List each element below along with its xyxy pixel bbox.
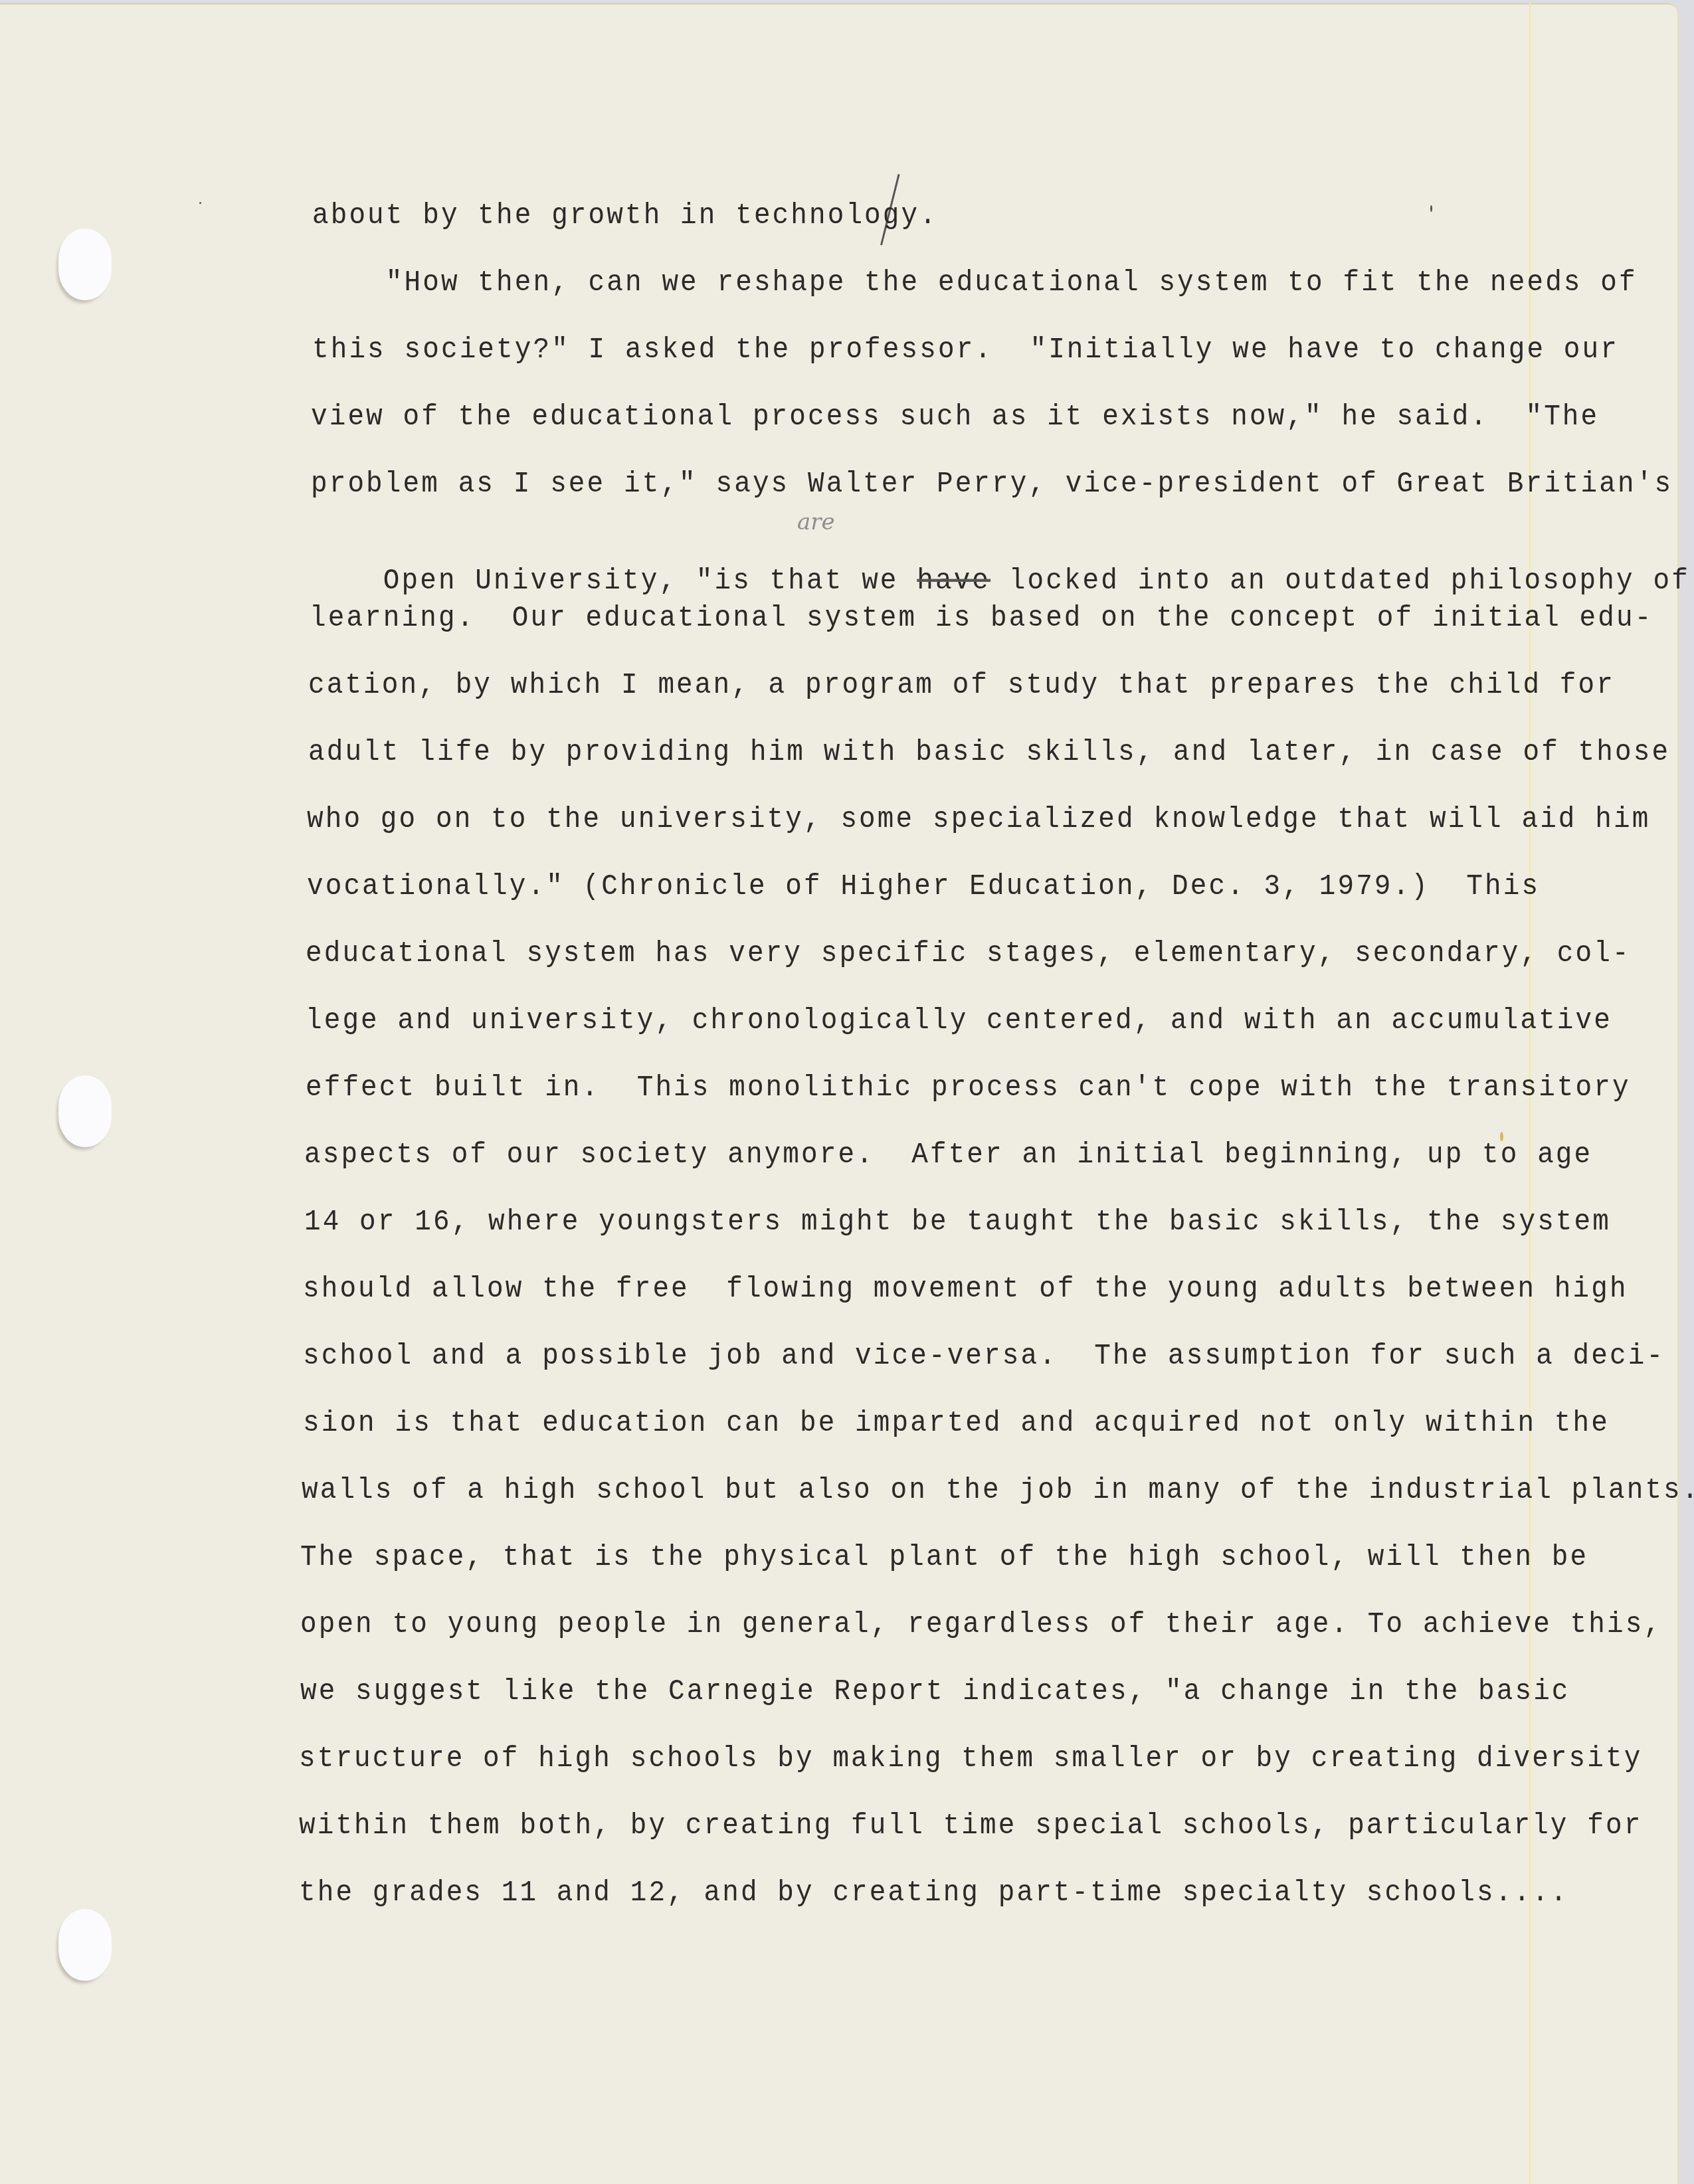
stain-speck (199, 202, 201, 204)
typewritten-page: about by the growth in technology. "How … (0, 3, 1679, 2184)
text-line-1: about by the growth in technology. (312, 202, 938, 231)
text-line-18: school and a possible job and vice-versa… (303, 1342, 1665, 1372)
text-line-21: The space, that is the physical plant of… (300, 1544, 1588, 1573)
handwritten-correction: are (797, 509, 835, 535)
text-line-16: 14 or 16, where youngsters might be taug… (304, 1208, 1611, 1237)
text-line-8: cation, by which I mean, a program of st… (308, 672, 1615, 701)
text-line-26: the grades 11 and 12, and by creating pa… (299, 1879, 1569, 1908)
text-line-5: problem as I see it," says Walter Perry,… (311, 470, 1673, 500)
text-line-9: adult life by providing him with basic s… (308, 739, 1670, 768)
text-line-13: lege and university, chronologically cen… (306, 1007, 1612, 1036)
text-line-7: learning. Our educational system is base… (310, 604, 1653, 634)
text-line-23: we suggest like the Carnegie Report indi… (300, 1678, 1570, 1707)
text-line-3: this society?" I asked the professor. "I… (312, 336, 1619, 365)
text-line-6-end: locked into an outdated philosophy of (990, 565, 1690, 598)
binder-hole-bottom (58, 1909, 112, 1981)
stain-speck (1430, 205, 1432, 212)
text-line-2: "How then, can we reshape the educationa… (312, 269, 1638, 298)
text-line-11: vocationally." (Chronicle of Higher Educ… (307, 873, 1540, 902)
text-line-6-start: Open University, "is that we (383, 565, 917, 598)
text-line-15: aspects of our society anymore. After an… (304, 1141, 1592, 1170)
struck-word: have (917, 565, 990, 598)
text-line-25: within them both, by creating full time … (299, 1812, 1642, 1841)
text-line-22: open to young people in general, regardl… (300, 1611, 1662, 1640)
text-line-4: view of the educational process such as … (311, 403, 1599, 432)
text-line-14: effect built in. This monolithic process… (306, 1074, 1631, 1103)
text-line-19: sion is that education can be imparted a… (303, 1410, 1610, 1439)
text-line-24: structure of high schools by making them… (299, 1745, 1642, 1774)
binder-hole-top (58, 228, 112, 300)
text-line-20: walls of a high school but also on the j… (302, 1477, 1694, 1506)
text-line-10: who go on to the university, some specia… (307, 806, 1650, 835)
text-line-12: educational system has very specific sta… (306, 940, 1631, 969)
binder-hole-middle (58, 1075, 112, 1147)
text-line-17: should allow the free flowing movement o… (303, 1275, 1628, 1305)
